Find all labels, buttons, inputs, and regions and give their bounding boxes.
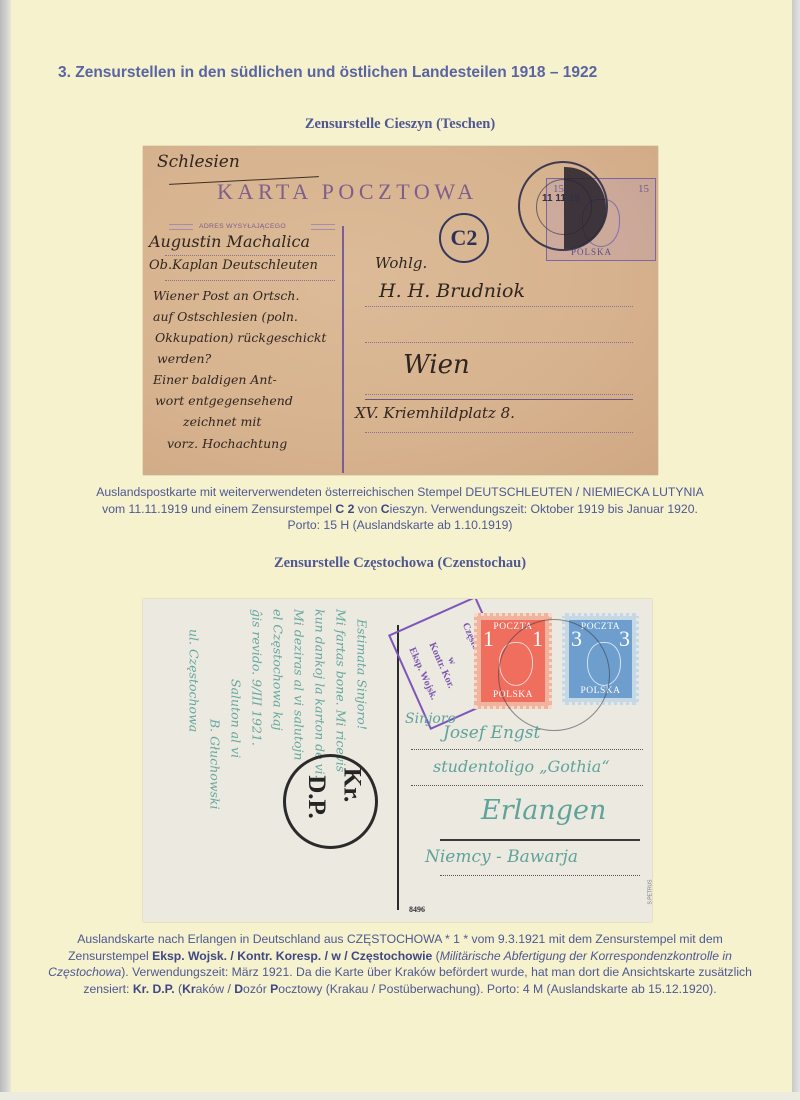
address-dotted-2 [365,342,633,343]
message-line: Estimata Sinjoro! [352,609,373,909]
address-dotted-3 [365,394,633,395]
address-solid-rule [440,839,640,841]
address-dotted-3 [440,875,640,876]
section-title: 3. Zensurstellen in den südlichen und ös… [58,64,597,82]
sender-dotted-2 [165,280,335,281]
exhibit2-caption: Auslandskarte nach Erlangen in Deutschla… [40,931,760,997]
page-edge-right [792,0,800,1100]
message-line: vorz. Hochachtung [167,436,287,451]
caption-line: Auslandskarte nach Erlangen in Deutschla… [40,931,760,948]
stamp-value-right: 15 [638,183,649,195]
stamp-value: 3 [619,626,630,652]
card-number: 8496 [409,905,425,914]
censor-box-line: w [445,655,458,666]
rule-left [169,224,193,230]
message-line: Saluton al vi [226,609,247,909]
message-area: Estimata Sinjoro! Mi fartas bone. Mi ric… [153,609,393,909]
publisher-imprint: S.PETRUS [648,879,652,904]
stamp-value: 1 [483,626,494,652]
address-line-3: Wien [403,350,470,380]
address-line-4: Erlangen [481,795,606,826]
address-line-2: H. H. Brudniok [379,280,525,302]
message-line: Okkupation) rückgeschickt [155,330,326,345]
address-dotted-1 [365,306,633,307]
caption-line: vom 11.11.1919 und einem Zensurstempel C… [40,501,760,518]
censor-round-line2: D.P. [302,775,330,819]
exhibit1-heading: Zensurstelle Cieszyn (Teschen) [0,116,800,133]
exhibit1-caption: Auslandspostkarte mit weiterverwendeten … [40,484,760,534]
rule-right [311,224,335,230]
message-line: zeichnet mit [183,414,261,429]
caption-line: Porto: 15 H (Auslandskarte ab 1.10.1919) [40,517,760,534]
sender-label: ADRES WYSYŁAJĄCEGO [199,223,286,230]
message-line: el Częstochowa kaj [268,609,289,909]
postmark-czestochowa [498,619,610,731]
address-line-4: XV. Kriemhildplatz 8. [355,404,515,422]
handwriting-schlesien: Schlesien [157,152,240,172]
page-edge-bottom [0,1092,800,1100]
postcard-czestochowa: Estimata Sinjoro! Mi fartas bone. Mi ric… [143,599,652,922]
address-line-3: studentoligo „Gothia“ [433,757,610,776]
censor-round-line1: Kr. [337,768,365,803]
censor-mark-c2: C2 [439,213,489,263]
address-line-5: Niemcy - Bawarja [425,847,578,867]
censor-mark-kr-dp: Kr. D.P. [283,754,378,849]
exhibit2-heading: Zensurstelle Częstochowa (Czenstochau) [0,555,800,572]
divider-line [342,226,344,473]
divider-line [397,625,399,910]
printed-title: KARTA POCZTOWA [217,179,478,205]
message-line: wort entgegensehend [155,393,293,408]
page-edge-left [0,0,11,1100]
message-line: ĝis revido. 9/III 1921. [247,609,268,909]
caption-line: zensiert: Kr. D.P. (Kraków / Dozór Poczt… [40,981,760,998]
address-line-2: Josef Engst [443,723,540,743]
message-line: werden? [157,351,211,366]
caption-line: Zensurstempel Eksp. Wojsk. / Kontr. Kore… [40,948,760,965]
message-line: B. Głuchowski [205,609,226,909]
address-dotted-2 [411,785,643,786]
message-line: auf Ostschlesien (poln. [153,309,298,324]
message-line: Einer baldigen Ant- [153,372,277,387]
caption-line: Auslandspostkarte mit weiterverwendeten … [40,484,760,501]
postmark-date: 11 11 19 [542,193,580,204]
address-solid-rule [365,399,633,400]
message-line: ul. Częstochowa [184,609,205,909]
caption-line: Częstochowa). Verwendungszeit: März 1921… [10,964,790,981]
address-dotted-1 [411,749,643,750]
sender-dotted-1 [165,255,335,256]
postcard-cieszyn: Schlesien KARTA POCZTOWA ADRES WYSYŁAJĄC… [143,146,658,475]
message-line: Wiener Post an Ortsch. [153,288,299,303]
address-line-1: Wohlg. [375,254,427,272]
address-dotted-4 [365,432,633,433]
postmark-deutschleuten: 11 11 19 [518,161,608,251]
message-line: Mi deziras al vi salutojn [289,609,310,909]
sender-line-2: Ob.Kaplan Deutschleuten [149,258,318,273]
sender-line-1: Augustin Machalica [149,232,310,251]
